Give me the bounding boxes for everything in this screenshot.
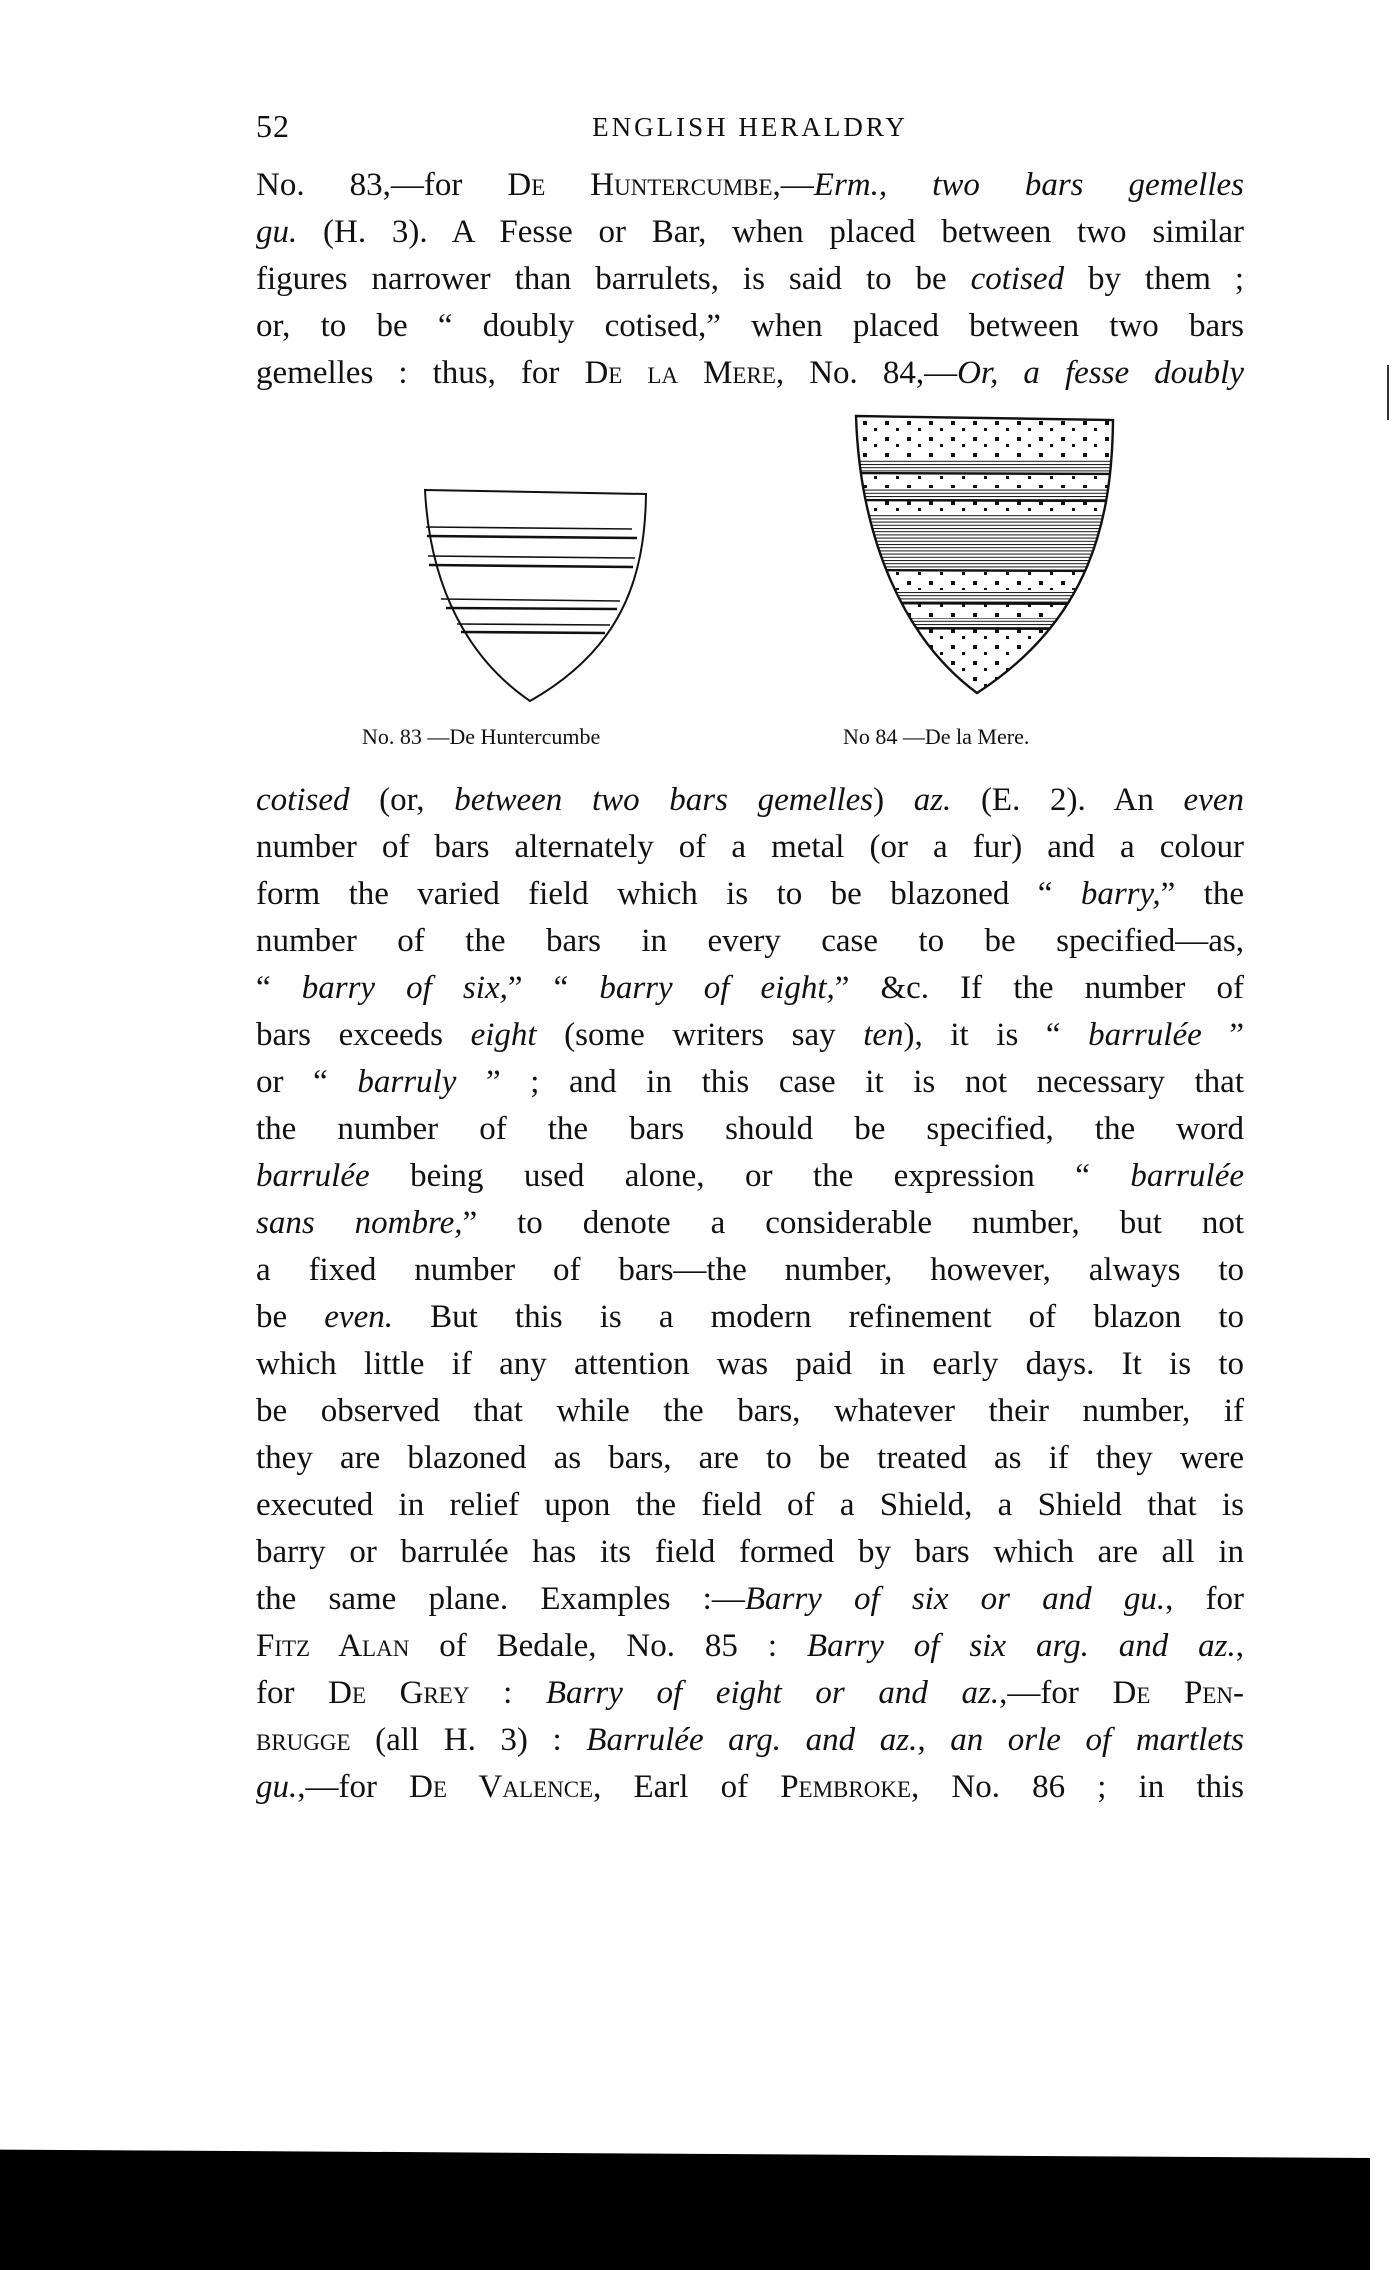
italic-run: barry of eight, bbox=[599, 970, 834, 1006]
italic-run: Barry of six or and gu. bbox=[745, 1581, 1165, 1617]
text-run: , Earl of bbox=[593, 1769, 780, 1805]
text-line: brugge (all H. 3) : Barrulée arg. and az… bbox=[256, 1717, 1244, 1764]
text-line: a fixed number of bars—the number, howev… bbox=[256, 1247, 1244, 1294]
text-line: sans nombre,” to denote a considerable n… bbox=[256, 1200, 1244, 1247]
text-run: , No. 86 ; in this bbox=[911, 1769, 1244, 1805]
italic-run: Or, a fesse doubly bbox=[957, 355, 1244, 391]
text-run: form the varied field which is to be bla… bbox=[256, 876, 1081, 912]
text-line: the number of the bars should be specifi… bbox=[256, 1106, 1244, 1153]
smallcaps-run: De Valence bbox=[409, 1769, 593, 1805]
figure-caption-84: No 84 —De la Mere. bbox=[843, 724, 1029, 750]
text-run: by them ; bbox=[1064, 261, 1244, 297]
text-run: ,—for bbox=[999, 1675, 1112, 1711]
smallcaps-run: De la Mere bbox=[584, 355, 775, 391]
text-line: number of bars alternately of a metal (o… bbox=[256, 824, 1244, 871]
text-run: number of the bars in every case to be s… bbox=[256, 923, 1244, 959]
italic-run: Barry of eight or and az. bbox=[546, 1675, 999, 1711]
text-line: gu. (H. 3). A Fesse or Bar, when placed … bbox=[256, 209, 1244, 256]
italic-run: Barrulée arg. and az., an orle of martle… bbox=[586, 1722, 1244, 1758]
text-run: gemelles : thus, for bbox=[256, 355, 584, 391]
text-run: or, to be “ doubly cotised,” when placed… bbox=[256, 308, 1244, 344]
text-line: which little if any attention was paid i… bbox=[256, 1341, 1244, 1388]
smallcaps-run: De Pen- bbox=[1112, 1675, 1244, 1711]
text-run: , No. 84,— bbox=[776, 355, 957, 391]
scan-black-border bbox=[0, 2130, 1370, 2270]
text-run: , bbox=[1236, 1628, 1244, 1664]
text-line: No. 83,—for De Huntercumbe,—Erm., two ba… bbox=[256, 162, 1244, 209]
text-run: ” the bbox=[1161, 876, 1244, 912]
text-line: barry or barrulée has its field formed b… bbox=[256, 1529, 1244, 1576]
running-head: 52 ENGLISH HERALDRY bbox=[256, 108, 1244, 148]
italic-run: barrulée bbox=[256, 1158, 370, 1194]
text-run: ” “ bbox=[508, 970, 599, 1006]
text-run: being used alone, or the expression “ bbox=[370, 1158, 1131, 1194]
text-run: be observed that while the bars, whateve… bbox=[256, 1393, 1244, 1429]
italic-run: even. bbox=[324, 1299, 393, 1335]
text-run: figures narrower than barrulets, is said… bbox=[256, 261, 971, 297]
italic-run: Erm., two bars gemelles bbox=[814, 167, 1244, 203]
text-run: : bbox=[469, 1675, 545, 1711]
smallcaps-run: brugge bbox=[256, 1722, 351, 1758]
text-line: Fitz Alan of Bedale, No. 85 : Barry of s… bbox=[256, 1623, 1244, 1670]
italic-run: sans nombre, bbox=[256, 1205, 463, 1241]
smallcaps-run: Fitz Alan bbox=[256, 1628, 409, 1664]
italic-run: barry, bbox=[1081, 876, 1161, 912]
text-line: the same plane. Examples :—Barry of six … bbox=[256, 1576, 1244, 1623]
text-run: ” bbox=[1202, 1017, 1244, 1053]
smallcaps-run: De Huntercumbe bbox=[507, 167, 772, 203]
text-run: ” ; and in this case it is not necessary… bbox=[456, 1064, 1244, 1100]
text-line: gemelles : thus, for De la Mere, No. 84,… bbox=[256, 350, 1244, 397]
text-run: a fixed number of bars—the number, howev… bbox=[256, 1252, 1244, 1288]
text-run: the same plane. Examples :— bbox=[256, 1581, 745, 1617]
text-run: (some writers say bbox=[537, 1017, 864, 1053]
text-line: “ barry of six,” “ barry of eight,” &c. … bbox=[256, 965, 1244, 1012]
text-run: they are blazoned as bars, are to be tre… bbox=[256, 1440, 1244, 1476]
text-run: for bbox=[256, 1675, 328, 1711]
italic-run: ten bbox=[863, 1017, 903, 1053]
text-line: for De Grey : Barry of eight or and az.,… bbox=[256, 1670, 1244, 1717]
text-run: which little if any attention was paid i… bbox=[256, 1346, 1244, 1382]
text-run: “ bbox=[256, 970, 302, 1006]
text-line: form the varied field which is to be bla… bbox=[256, 871, 1244, 918]
text-run: or “ bbox=[256, 1064, 357, 1100]
smallcaps-run: De Grey bbox=[328, 1675, 469, 1711]
text-line: be even. But this is a modern refinement… bbox=[256, 1294, 1244, 1341]
text-run: the number of the bars should be specifi… bbox=[256, 1111, 1244, 1147]
italic-run: cotised bbox=[971, 261, 1064, 297]
shield-84-icon bbox=[850, 410, 1120, 700]
italic-run: barrulée bbox=[1130, 1158, 1244, 1194]
text-run: (or, bbox=[349, 782, 454, 818]
text-run: executed in relief upon the field of a S… bbox=[256, 1487, 1244, 1523]
text-run: number of bars alternately of a metal (o… bbox=[256, 829, 1244, 865]
italic-run: barry of six, bbox=[302, 970, 508, 1006]
text-run: bars exceeds bbox=[256, 1017, 471, 1053]
running-title: ENGLISH HERALDRY bbox=[256, 112, 1244, 143]
text-line: be observed that while the bars, whateve… bbox=[256, 1388, 1244, 1435]
italic-run: gu. bbox=[256, 1769, 297, 1805]
italic-run: az. bbox=[914, 782, 952, 818]
italic-run: cotised bbox=[256, 782, 349, 818]
text-line: executed in relief upon the field of a S… bbox=[256, 1482, 1244, 1529]
text-run: , for bbox=[1165, 1581, 1244, 1617]
smallcaps-run: Pembroke bbox=[780, 1769, 911, 1805]
scan-artifact bbox=[1387, 365, 1389, 420]
italic-run: eight bbox=[471, 1017, 537, 1053]
italic-run: even bbox=[1184, 782, 1244, 818]
text-run: ” to denote a considerable number, but n… bbox=[463, 1205, 1245, 1241]
text-run: barry or barrulée has its field formed b… bbox=[256, 1534, 1244, 1570]
italic-run: barruly bbox=[357, 1064, 456, 1100]
text-run: ) bbox=[873, 782, 914, 818]
text-line: gu.,—for De Valence, Earl of Pembroke, N… bbox=[256, 1764, 1244, 1811]
text-line: they are blazoned as bars, are to be tre… bbox=[256, 1435, 1244, 1482]
text-run: (H. 3). A Fesse or Bar, when placed betw… bbox=[297, 214, 1244, 250]
italic-run: barrulée bbox=[1088, 1017, 1202, 1053]
text-line: figures narrower than barrulets, is said… bbox=[256, 256, 1244, 303]
figure-caption-83: No. 83 —De Huntercumbe bbox=[362, 724, 600, 750]
text-line: number of the bars in every case to be s… bbox=[256, 918, 1244, 965]
italic-run: between two bars gemelles bbox=[454, 782, 873, 818]
italic-run: gu. bbox=[256, 214, 297, 250]
text-run: (all H. 3) : bbox=[351, 1722, 587, 1758]
text-line: barrulée being used alone, or the expres… bbox=[256, 1153, 1244, 1200]
italic-run: Barry of six arg. and az. bbox=[807, 1628, 1236, 1664]
text-line: bars exceeds eight (some writers say ten… bbox=[256, 1012, 1244, 1059]
text-line: cotised (or, between two bars gemelles) … bbox=[256, 777, 1244, 824]
text-run: ), it is “ bbox=[904, 1017, 1089, 1053]
text-run: be bbox=[256, 1299, 324, 1335]
text-run: ,— bbox=[773, 167, 814, 203]
text-run: ,—for bbox=[297, 1769, 409, 1805]
book-page: 52 ENGLISH HERALDRY No. 83,—for De Hunte… bbox=[0, 0, 1396, 2270]
shield-83-icon bbox=[425, 490, 646, 701]
text-run: ” &c. If the number of bbox=[835, 970, 1244, 1006]
text-run: (E. 2). An bbox=[951, 782, 1183, 818]
text-run: No. 83,—for bbox=[256, 167, 507, 203]
text-line: or “ barruly ” ; and in this case it is … bbox=[256, 1059, 1244, 1106]
text-run: of Bedale, No. 85 : bbox=[409, 1628, 807, 1664]
text-run: But this is a modern refinement of blazo… bbox=[393, 1299, 1244, 1335]
text-line: or, to be “ doubly cotised,” when placed… bbox=[256, 303, 1244, 350]
